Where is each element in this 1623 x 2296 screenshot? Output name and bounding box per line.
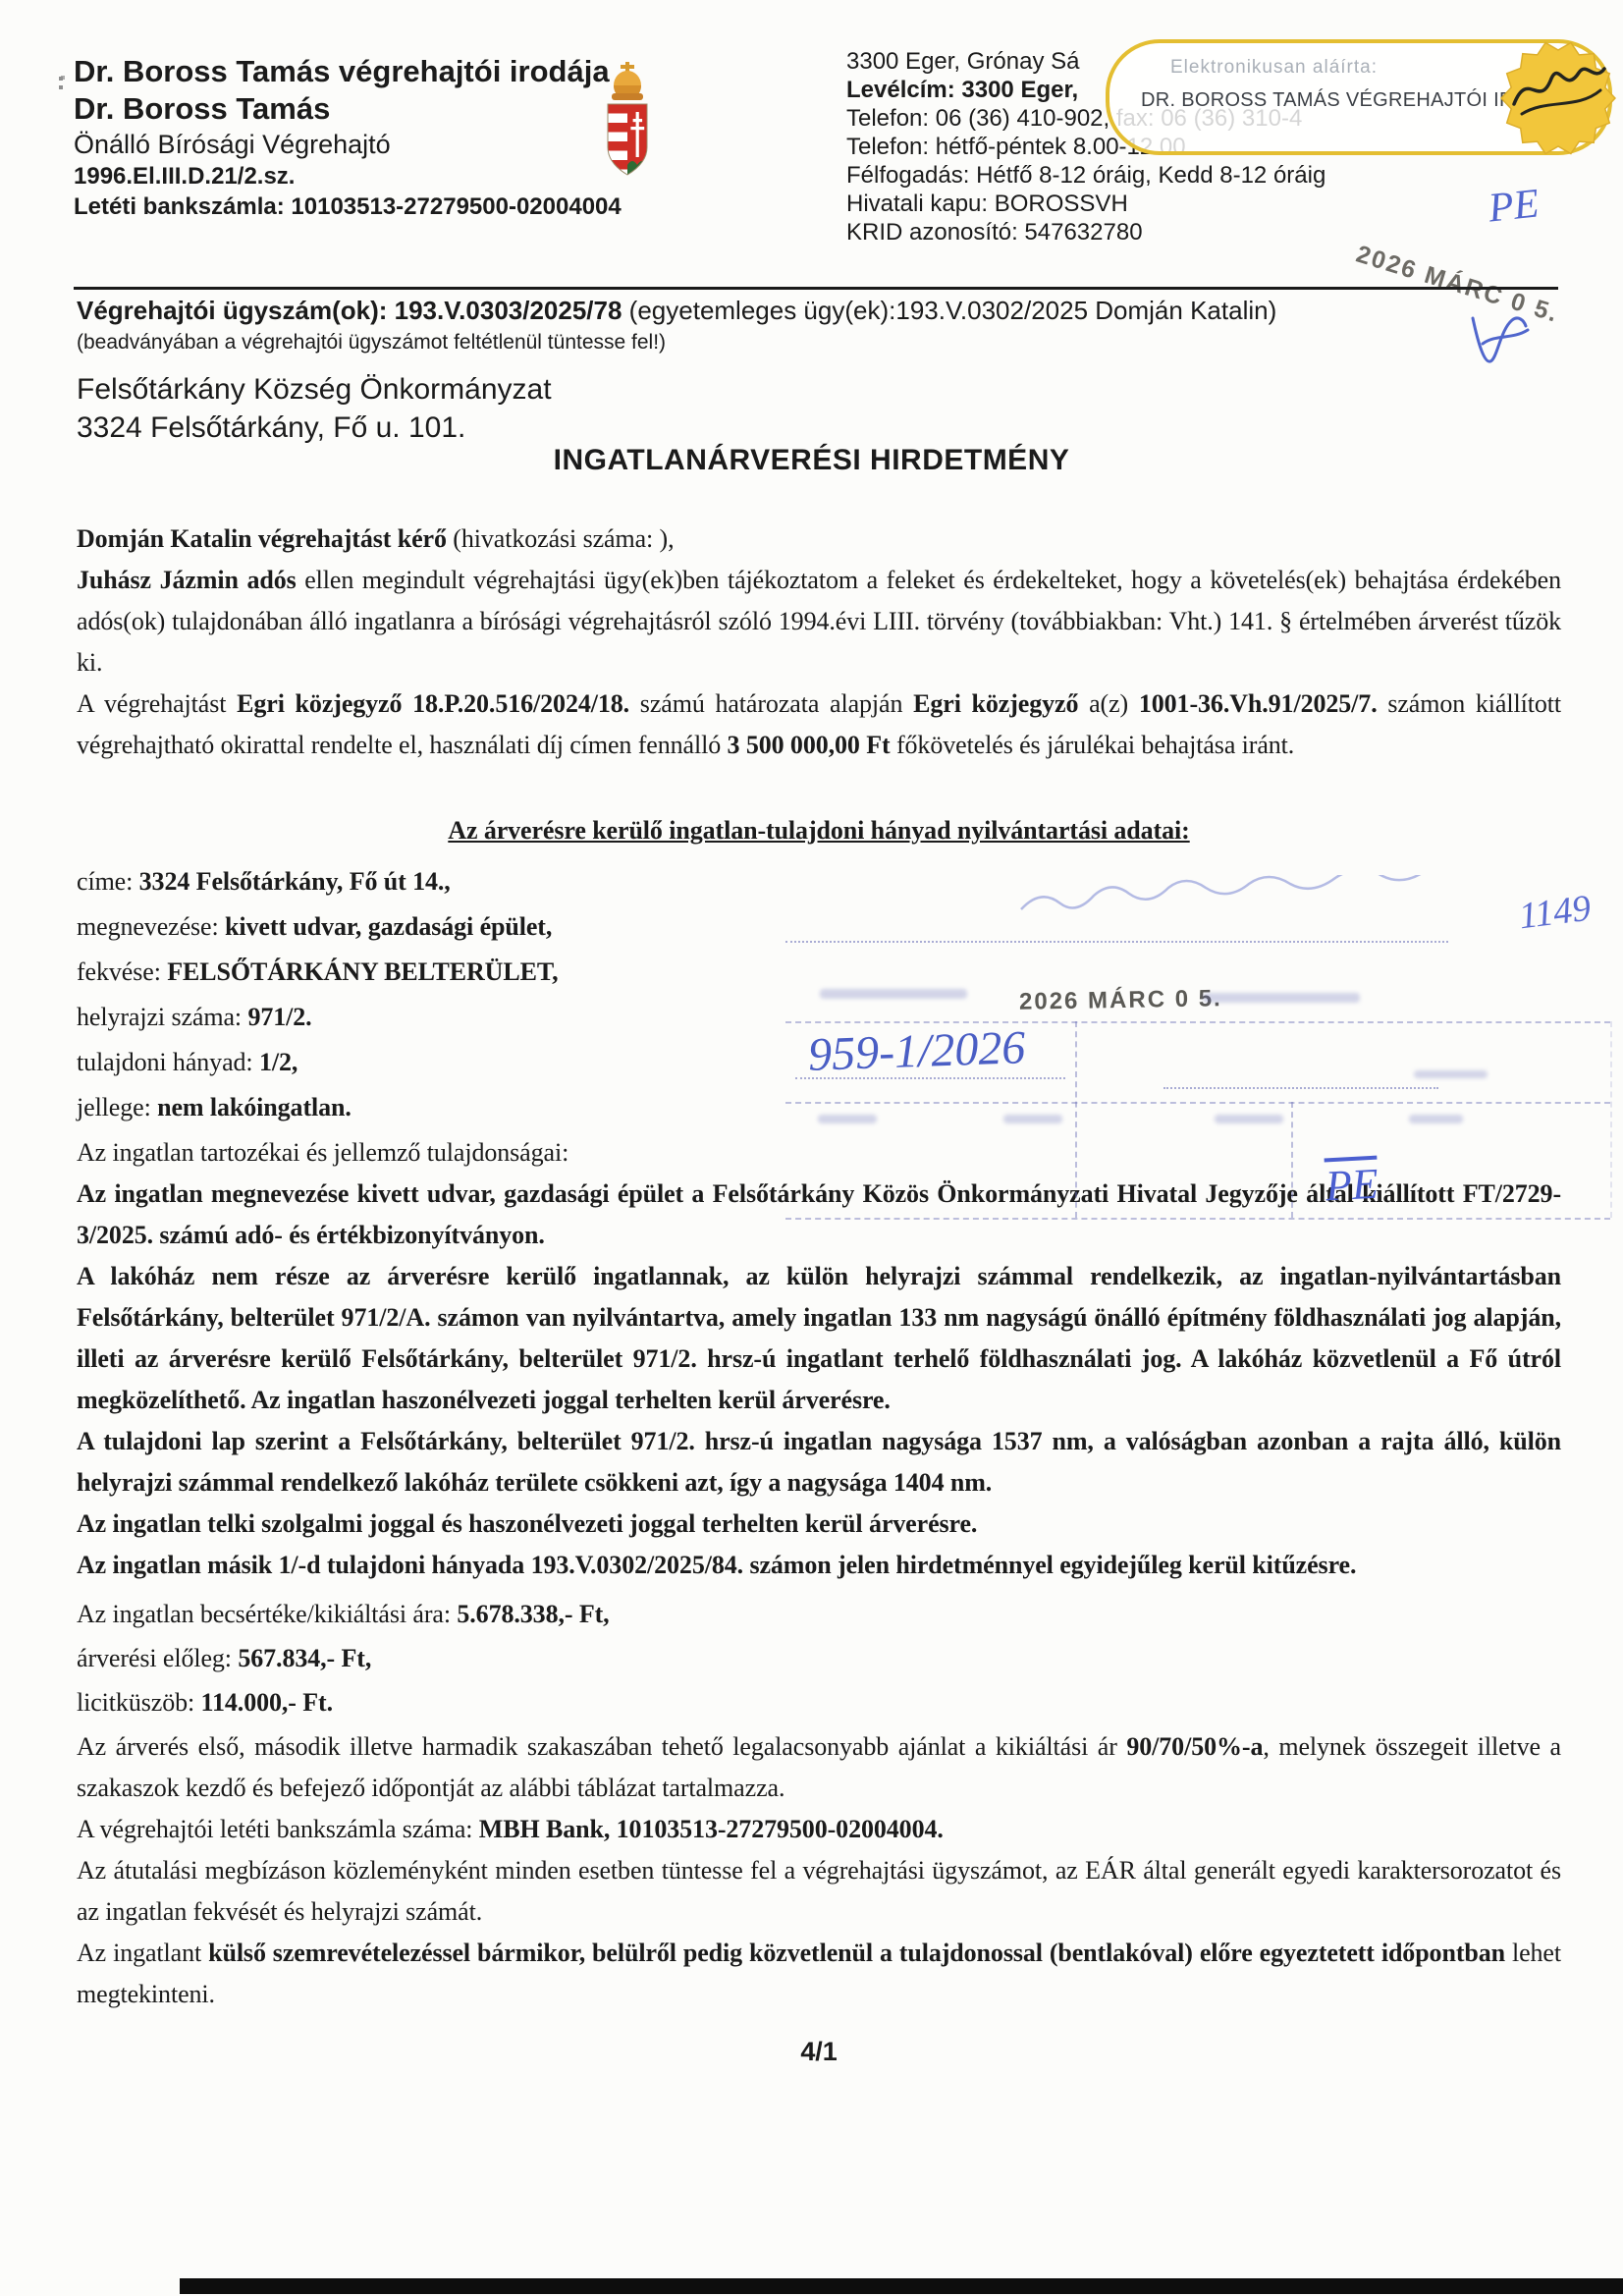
property-row-type: jellege: nem lakóingatlan. bbox=[77, 1087, 1561, 1128]
property-label: fekvése: bbox=[77, 957, 167, 986]
bailiff-title: Önálló Bírósági Végrehajtó bbox=[74, 128, 622, 161]
price-row-bid-step: licitküszöb: 114.000,- Ft. bbox=[77, 1682, 1561, 1723]
letterhead-left: Dr. Boross Tamás végrehajtói irodája Dr.… bbox=[74, 53, 622, 222]
property-label: címe: bbox=[77, 867, 139, 896]
document-body: Domján Katalin végrehajtást kérő (hivatk… bbox=[77, 519, 1561, 2072]
price-label: árverési előleg: bbox=[77, 1644, 238, 1672]
property-label: megnevezése: bbox=[77, 912, 225, 941]
paragraph-order: A végrehajtást Egri közjegyző 18.P.20.51… bbox=[77, 683, 1561, 766]
text-segment: A lakóház nem része az árverésre kerülő … bbox=[77, 1262, 1561, 1414]
office-name: Dr. Boross Tamás végrehajtói irodája bbox=[74, 53, 622, 90]
scan-artifact-bar bbox=[180, 2278, 1623, 2294]
price-value: 114.000,- Ft. bbox=[201, 1688, 333, 1717]
property-row-location: fekvése: FELSŐTÁRKÁNY BELTERÜLET, bbox=[77, 952, 1561, 993]
paragraph-dwelling: A lakóház nem része az árverésre kerülő … bbox=[77, 1256, 1561, 1421]
esignature-label: Elektronikusan aláírta: bbox=[1170, 57, 1378, 79]
property-value: 3324 Felsőtárkány, Fő út 14., bbox=[139, 867, 451, 896]
case-number-line: Végrehajtói ügyszám(ok): 193.V.0303/2025… bbox=[77, 296, 1276, 326]
paragraph-auction-stages: Az árverés első, második illetve harmadi… bbox=[77, 1726, 1561, 1809]
paragraph-viewing: Az ingatlant külső szemrevételezéssel bá… bbox=[77, 1933, 1561, 2015]
document-page: Dr. Boross Tamás végrehajtói irodája Dr.… bbox=[0, 0, 1623, 2296]
text-segment: főkövetelés és járulékai behajtása iránt… bbox=[891, 731, 1295, 759]
property-row-parcel: helyrajzi száma: 971/2. bbox=[77, 997, 1561, 1038]
property-label: jellege: bbox=[77, 1093, 157, 1121]
text-segment: 3 500 000,00 Ft bbox=[728, 731, 891, 759]
paragraph-other-share: Az ingatlan másik 1/-d tulajdoni hányada… bbox=[77, 1545, 1561, 1586]
text-segment: Egri közjegyző 18.P.20.516/2024/18. bbox=[237, 689, 629, 718]
text-segment: Az árverés első, második illetve harmadi… bbox=[77, 1732, 1126, 1761]
text-segment: számú határozata alapján bbox=[629, 689, 913, 718]
addressee-block: Felsőtárkány Község Önkormányzat 3324 Fe… bbox=[77, 370, 552, 447]
hungarian-coat-of-arms-icon bbox=[601, 61, 654, 188]
deposit-account: Letéti bankszámla: 10103513-27279500-020… bbox=[74, 191, 622, 222]
property-label: helyrajzi száma: bbox=[77, 1003, 247, 1031]
property-row-address: címe: 3324 Felsőtárkány, Fő út 14., bbox=[77, 861, 1561, 902]
paragraph-easement: Az ingatlan telki szolgalmi joggal és ha… bbox=[77, 1503, 1561, 1545]
contact-krid: KRID azonosító: 547632780 bbox=[846, 218, 1325, 246]
contact-office-hours: Félfogadás: Hétfő 8-12 óráig, Kedd 8-12 … bbox=[846, 161, 1325, 190]
property-row-share: tulajdoni hányad: 1/2, bbox=[77, 1042, 1561, 1083]
addressee-name: Felsőtárkány Község Önkormányzat bbox=[77, 370, 552, 409]
notary-seal-icon bbox=[1500, 39, 1616, 162]
paragraph-transfer-note: Az átutalási megbízáson közleményként mi… bbox=[77, 1850, 1561, 1933]
paragraph-designation-cert: Az ingatlan megnevezése kivett udvar, ga… bbox=[77, 1174, 1561, 1256]
text-segment: A tulajdoni lap szerint a Felsőtárkány, … bbox=[77, 1427, 1561, 1497]
document-title: INGATLANÁRVERÉSI HIRDETMÉNY bbox=[0, 444, 1623, 477]
text-segment: Egri közjegyző bbox=[913, 689, 1078, 718]
paragraph-title-deed: A tulajdoni lap szerint a Felsőtárkány, … bbox=[77, 1421, 1561, 1503]
handwritten-pe-mark: PE bbox=[1487, 180, 1542, 232]
price-block: Az ingatlan becsértéke/kikiáltási ára: 5… bbox=[77, 1594, 1561, 1723]
header-divider bbox=[74, 287, 1558, 290]
property-value: FELSŐTÁRKÁNY BELTERÜLET, bbox=[167, 957, 558, 986]
addressee-address: 3324 Felsőtárkány, Fő u. 101. bbox=[77, 409, 552, 447]
paragraph-debtor: Juhász Jázmin adós ellen megindult végre… bbox=[77, 560, 1561, 683]
property-value: kivett udvar, gazdasági épület, bbox=[225, 912, 552, 941]
property-section-heading: Az árverésre kerülő ingatlan-tulajdoni h… bbox=[77, 810, 1561, 851]
paragraph-bank-account: A végrehajtói letéti bankszámla száma: M… bbox=[77, 1809, 1561, 1850]
property-value: 971/2. bbox=[247, 1003, 311, 1031]
text-segment: a(z) bbox=[1078, 689, 1138, 718]
paragraph-features-heading: Az ingatlan tartozékai és jellemző tulaj… bbox=[77, 1132, 1561, 1174]
text-segment: (hivatkozási száma: ), bbox=[453, 524, 674, 553]
text-segment: Az ingatlant bbox=[77, 1939, 208, 1967]
property-label: tulajdoni hányad: bbox=[77, 1048, 259, 1076]
paragraph-claimant: Domján Katalin végrehajtást kérő (hivatk… bbox=[77, 519, 1561, 560]
text-segment: Az ingatlan telki szolgalmi joggal és ha… bbox=[77, 1509, 977, 1538]
contact-gov-gate: Hivatali kapu: BOROSSVH bbox=[846, 190, 1325, 218]
scan-speck bbox=[59, 77, 63, 81]
property-value: nem lakóingatlan. bbox=[157, 1093, 352, 1121]
text-segment: Az ingatlan tartozékai és jellemző tulaj… bbox=[77, 1138, 568, 1167]
case-note: (beadványában a végrehajtói ügyszámot fe… bbox=[77, 331, 666, 355]
price-row-estimate: Az ingatlan becsértéke/kikiáltási ára: 5… bbox=[77, 1594, 1561, 1635]
case-number: Végrehajtói ügyszám(ok): 193.V.0303/2025… bbox=[77, 296, 622, 325]
price-label: Az ingatlan becsértéke/kikiáltási ára: bbox=[77, 1600, 457, 1628]
price-row-advance: árverési előleg: 567.834,- Ft, bbox=[77, 1638, 1561, 1679]
text-segment: külső szemrevételezéssel bármikor, belül… bbox=[208, 1939, 1505, 1967]
bailiff-name: Dr. Boross Tamás bbox=[74, 90, 622, 128]
property-row-designation: megnevezése: kivett udvar, gazdasági épü… bbox=[77, 906, 1561, 948]
price-label: licitküszöb: bbox=[77, 1688, 201, 1717]
text-segment: Az ingatlan megnevezése kivett udvar, ga… bbox=[77, 1179, 1561, 1249]
text-segment: A végrehajtást bbox=[77, 689, 237, 718]
text-segment: Az átutalási megbízáson közleményként mi… bbox=[77, 1856, 1561, 1926]
property-value: 1/2, bbox=[259, 1048, 298, 1076]
handwritten-initials-mark bbox=[1465, 312, 1534, 378]
text-segment: Domján Katalin végrehajtást kérő bbox=[77, 524, 453, 553]
page-number: 4/1 bbox=[77, 2031, 1561, 2072]
text-segment: Juhász Jázmin adós bbox=[77, 566, 304, 594]
text-segment: Az ingatlan másik 1/-d tulajdoni hányada… bbox=[77, 1551, 1356, 1579]
text-segment: MBH Bank, 10103513-27279500-02004004. bbox=[479, 1815, 944, 1843]
price-value: 567.834,- Ft, bbox=[238, 1644, 371, 1672]
text-segment: A végrehajtói letéti bankszámla száma: bbox=[77, 1815, 479, 1843]
text-segment: 90/70/50%-a bbox=[1126, 1732, 1263, 1761]
joint-case-number: (egyetemleges ügy(ek):193.V.0302/2025 Do… bbox=[622, 296, 1276, 325]
price-value: 5.678.338,- Ft, bbox=[457, 1600, 609, 1628]
text-segment: 1001-36.Vh.91/2025/7. bbox=[1139, 689, 1378, 718]
stamp-grid-line bbox=[1610, 1021, 1612, 1218]
registry-number: 1996.El.III.D.21/2.sz. bbox=[74, 161, 622, 191]
